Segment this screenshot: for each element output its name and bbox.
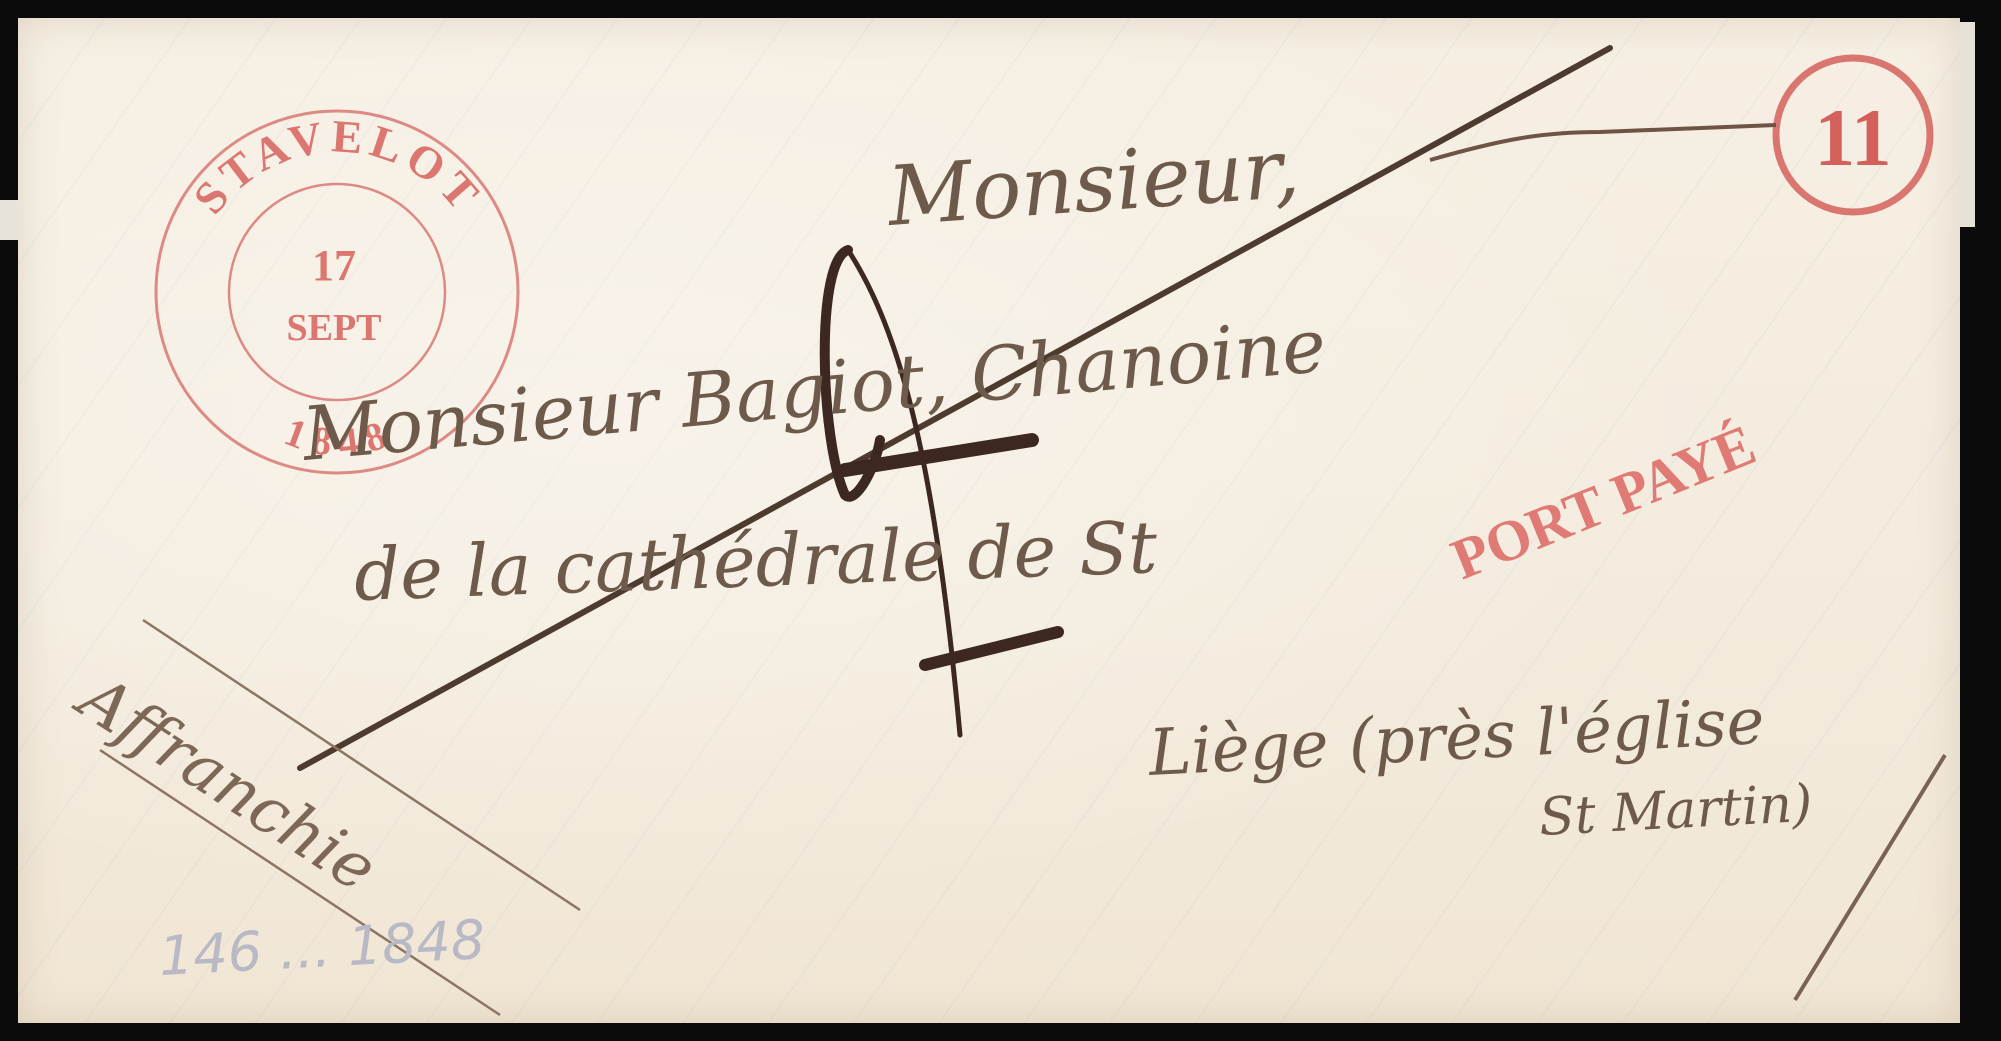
pencil-note: 146 ... 1848 xyxy=(157,908,486,988)
address-salutation: Monsieur, xyxy=(883,121,1303,245)
postmark-month: SEPT xyxy=(286,307,381,349)
affranchie-text: Affranchie xyxy=(62,659,389,907)
rate-value: 11 xyxy=(1814,92,1891,183)
postmark-day: 17 xyxy=(312,241,356,290)
rate-circle-stamp: 11 xyxy=(1776,58,1930,212)
address-line-4: St Martin) xyxy=(1538,774,1814,848)
address-line-3: Liège (près l'église xyxy=(1146,685,1766,791)
address-line-1: Monsieur Bagiot, Chanoine xyxy=(297,303,1329,478)
port-paye-stamp: PORT PAYÉ xyxy=(1443,412,1765,592)
manuscript-rate-4 xyxy=(825,250,1058,735)
bracket-stroke xyxy=(1795,755,1945,1000)
cover-markings: STAVELOT 17 SEPT 1848 11 PORT PAYÉ 4 Mon… xyxy=(0,0,2001,1041)
salutation-flourish-line xyxy=(1430,125,1776,160)
address-line-2: de la cathédrale de St xyxy=(353,505,1160,617)
postmark-town: STAVELOT xyxy=(183,110,492,223)
